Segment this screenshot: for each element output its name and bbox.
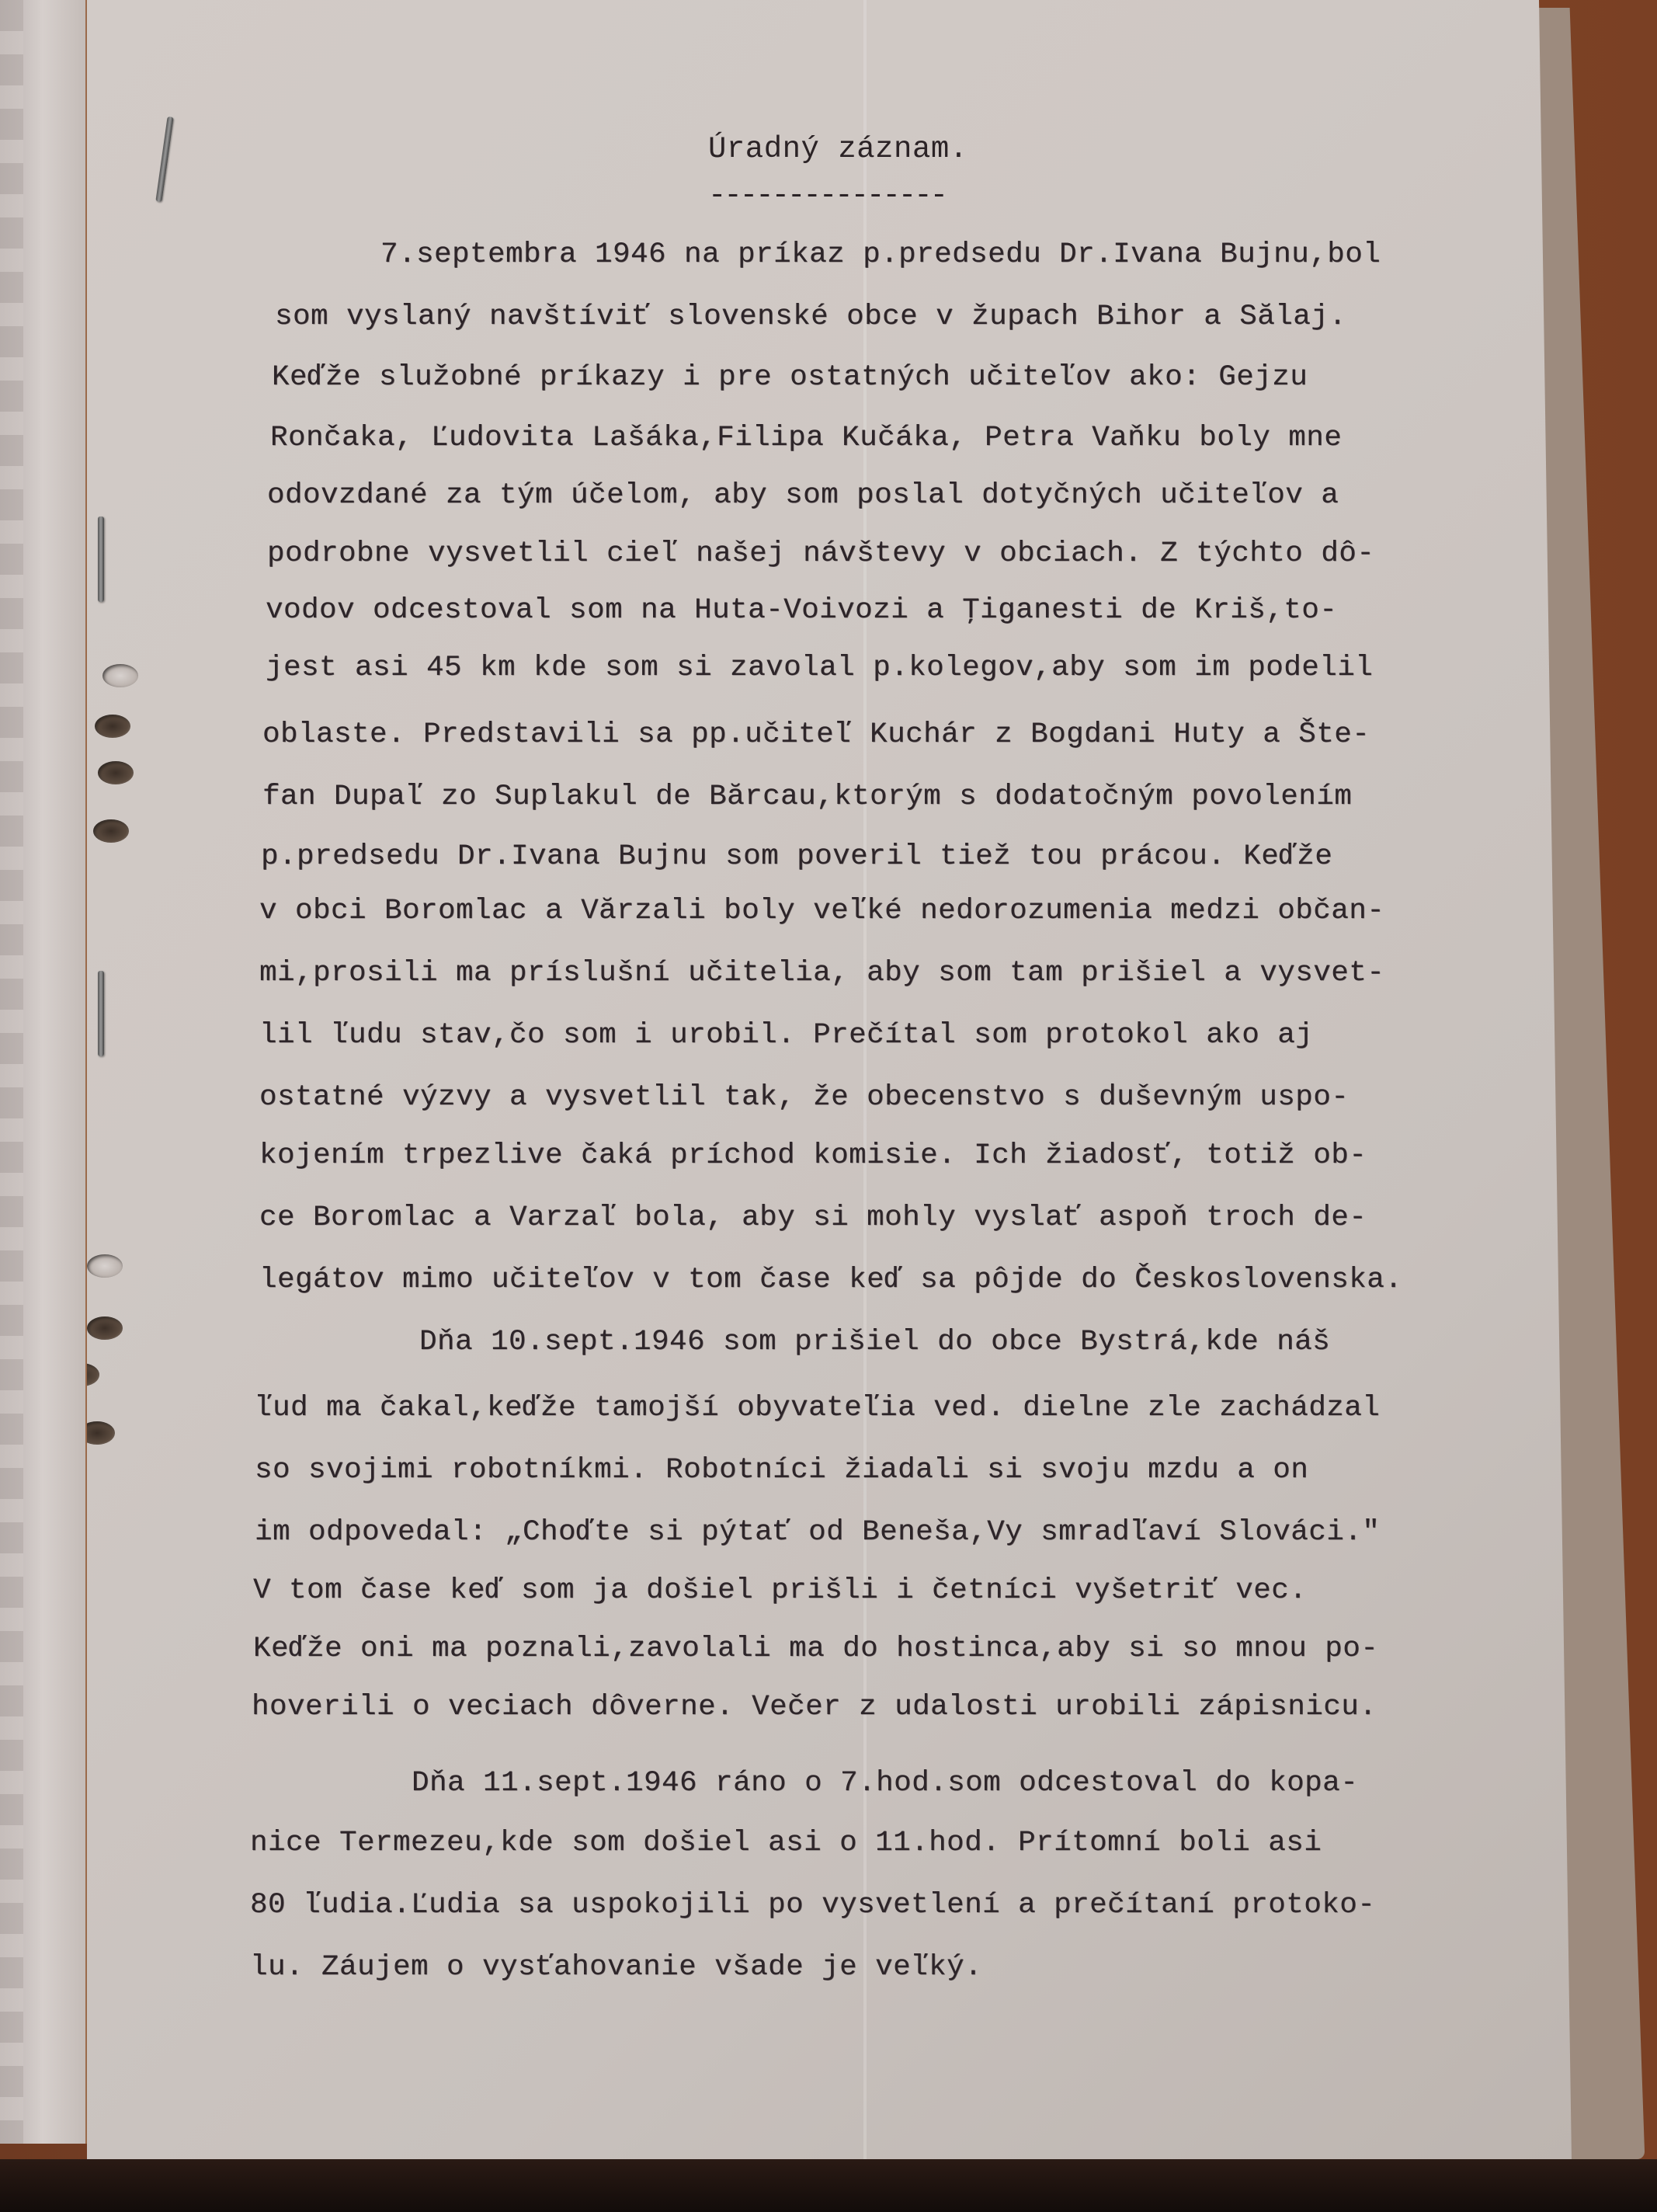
text-line: mi,prosili ma príslušní učitelia, aby so… — [259, 959, 1384, 989]
text-line: so svojimi robotníkmi. Robotníci žiadali… — [255, 1456, 1308, 1486]
text-line: kojením trpezlive čaká príchod komisie. … — [259, 1142, 1367, 1171]
text-line: ostatné výzvy a vysvetlil tak, že obecen… — [259, 1083, 1349, 1113]
text-line: ce Boromlac a Varzaľ bola, aby si mohly … — [259, 1204, 1367, 1233]
text-line: 7.septembra 1946 na príkaz p.predsedu Dr… — [380, 241, 1381, 270]
text-line: Rončaka, Ľudovita Lašáka,Filipa Kučáka, … — [270, 424, 1342, 454]
text-line: odovzdané za tým účelom, aby som poslal … — [267, 482, 1339, 511]
text-line: jest asi 45 km kde som si zavolal p.kole… — [266, 654, 1373, 683]
punch-hole — [93, 819, 129, 843]
text-line: Dňa 11.sept.1946 ráno o 7.hod.som odcest… — [412, 1769, 1358, 1799]
punch-hole — [95, 715, 130, 738]
staple-top — [155, 117, 173, 202]
text-line: lu. Záujem o vysťahovanie všade je veľký… — [250, 1953, 982, 1983]
text-line: fan Dupaľ zo Suplakul de Bărcau,ktorým s… — [262, 783, 1352, 812]
punch-hole — [87, 1316, 123, 1340]
text-line: v obci Boromlac a Vărzali boly veľké ned… — [259, 897, 1384, 927]
punch-hole — [98, 761, 134, 784]
text-line: Keďže oni ma poznali,zavolali ma do host… — [253, 1635, 1378, 1664]
text-line: legátov mimo učiteľov v tom čase keď sa … — [259, 1266, 1402, 1296]
text-line: V tom čase keď som ja došiel prišli i če… — [253, 1577, 1307, 1606]
title-underline: --------------- — [708, 179, 946, 213]
text-line: vodov odcestoval som na Huta-Voivozi a Ţ… — [266, 596, 1337, 626]
text-line: hoverili o veciach dôverne. Večer z udal… — [252, 1693, 1377, 1723]
text-line: oblaste. Predstavili sa pp.učiteľ Kuchár… — [262, 721, 1370, 750]
punch-hole-faint — [102, 664, 138, 687]
text-line: p.predsedu Dr.Ivana Bujnu som poveril ti… — [261, 843, 1332, 872]
document-title: Úradný záznam. — [708, 132, 968, 166]
text-line: nice Termezeu,kde som došiel asi o 11.ho… — [250, 1829, 1322, 1859]
desk-shadow-bottom — [0, 2159, 1657, 2212]
text-line: som vyslaný navštíviť slovenské obce v ž… — [275, 303, 1346, 332]
text-line: 80 ľudia.Ľudia sa uspokojili po vysvetle… — [250, 1891, 1375, 1921]
text-line: Keďže služobné príkazy i pre ostatných u… — [272, 363, 1308, 393]
staple-lower — [98, 971, 104, 1056]
text-line: ľud ma čakal,keďže tamojší obyvateľia ve… — [255, 1394, 1380, 1424]
text-line: Dňa 10.sept.1946 som prišiel do obce Bys… — [419, 1328, 1330, 1358]
left-adjacent-page — [0, 0, 90, 2144]
punch-hole-faint — [87, 1254, 123, 1278]
text-line: podrobne vysvetlil cieľ našej návštevy v… — [267, 540, 1374, 569]
staple-middle — [98, 516, 104, 602]
text-line: im odpovedal: „Choďte si pýtať od Beneša… — [255, 1518, 1380, 1548]
text-line: lil ľudu stav,čo som i urobil. Prečítal … — [259, 1021, 1313, 1051]
